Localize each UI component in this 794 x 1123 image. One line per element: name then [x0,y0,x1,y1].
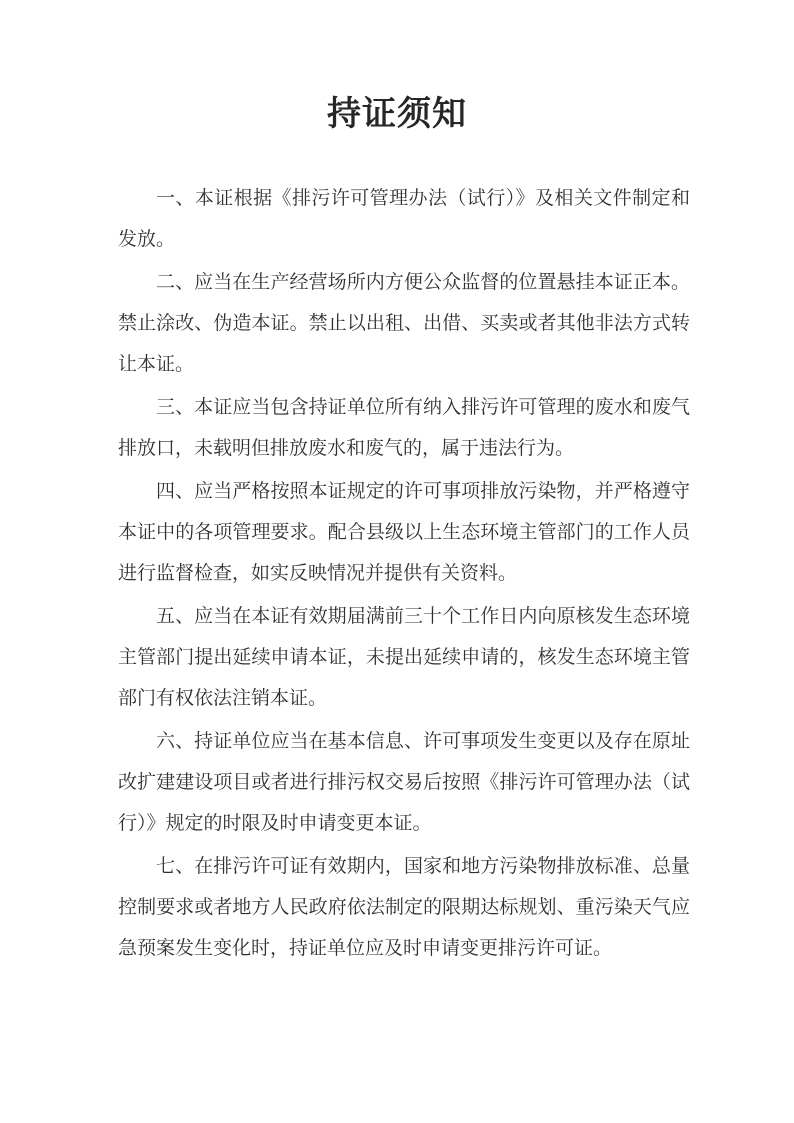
notice-paragraph-3: 三、本证应当包含持证单位所有纳入排污许可管理的废水和废气排放口，未载明但排放废水… [118,387,690,469]
page-title: 持证须知 [0,0,794,136]
notice-paragraph-6: 六、持证单位应当在基本信息、许可事项发生变更以及存在原址改扩建建设项目或者进行排… [118,721,690,844]
notice-paragraph-4: 四、应当严格按照本证规定的许可事项排放污染物，并严格遵守本证中的各项管理要求。配… [118,471,690,594]
notice-paragraph-5: 五、应当在本证有效期届满前三十个工作日内向原核发生态环境主管部门提出延续申请本证… [118,596,690,719]
notice-body: 一、本证根据《排污许可管理办法（试行）》及相关文件制定和发放。 二、应当在生产经… [118,178,690,969]
document-page: 持证须知 一、本证根据《排污许可管理办法（试行）》及相关文件制定和发放。 二、应… [0,0,794,1123]
notice-paragraph-7: 七、在排污许可证有效期内，国家和地方污染物排放标准、总量控制要求或者地方人民政府… [118,846,690,969]
notice-paragraph-2: 二、应当在生产经营场所内方便公众监督的位置悬挂本证正本。禁止涂改、伪造本证。禁止… [118,262,690,385]
notice-paragraph-1: 一、本证根据《排污许可管理办法（试行）》及相关文件制定和发放。 [118,178,690,260]
